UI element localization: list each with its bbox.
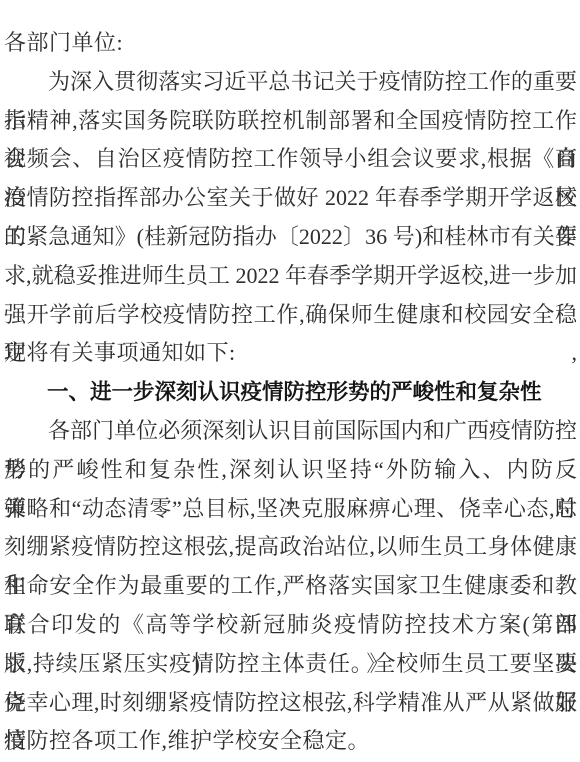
section-heading: 一、进一步深刻认识疫情防控形势的严峻性和复杂性 bbox=[4, 373, 577, 412]
doc-line: 刻绷紧疫情防控这根弦,提高政治站位,以师生员工身体健康和 bbox=[4, 528, 577, 567]
doc-line: 生命安全作为最重要的工作,严格落实国家卫生健康委和教育部 bbox=[4, 567, 577, 606]
doc-line: 疫情防控指挥部办公室关于做好 2022 年春季学期开学返校工作 bbox=[4, 179, 577, 218]
doc-line: 视频会、自治区疫情防控工作领导小组会议要求,根据《自治区 bbox=[4, 140, 577, 179]
doc-line: 侥幸心理,时刻绷紧疫情防控这根弦,科学精准从严从紧做好疫 bbox=[4, 684, 577, 723]
doc-salutation: 各部门单位: bbox=[4, 24, 577, 63]
doc-line: 联合印发的《高等学校新冠肺炎疫情防控技术方案(第四版)》要 bbox=[4, 606, 577, 645]
doc-line: 策略和“动态清零”总目标,坚决克服麻痹心理、侥幸心态,时 bbox=[4, 490, 577, 529]
doc-line: 各部门单位必须深刻认识目前国际国内和广西疫情防控形 bbox=[4, 412, 577, 451]
doc-line: 势的严峻性和复杂性,深刻认识坚持“外防输入、内防反弹”总 bbox=[4, 451, 577, 490]
document-page: 各部门单位: 为深入贯彻落实习近平总书记关于疫情防控工作的重要指 示精神,落实国… bbox=[0, 0, 580, 762]
doc-line: 强开学前后学校疫情防控工作,确保师生健康和校园安全稳定, bbox=[4, 296, 577, 335]
doc-line: 求,就稳妥推进师生员工 2022 年春季学期开学返校,进一步加 bbox=[4, 257, 577, 296]
doc-line: 求,持续压紧压实疫情防控主体责任。全校师生员工要坚决克服 bbox=[4, 645, 577, 684]
doc-line: 为深入贯彻落实习近平总书记关于疫情防控工作的重要指 bbox=[4, 63, 577, 102]
doc-line: 的紧急通知》(桂新冠防指办〔2022〕36 号)和桂林市有关要 bbox=[4, 218, 577, 257]
doc-line: 情防控各项工作,维护学校安全稳定。 bbox=[4, 722, 577, 761]
doc-line: 示精神,落实国务院联防联控机制部署和全国疫情防控工作会商 bbox=[4, 102, 577, 141]
